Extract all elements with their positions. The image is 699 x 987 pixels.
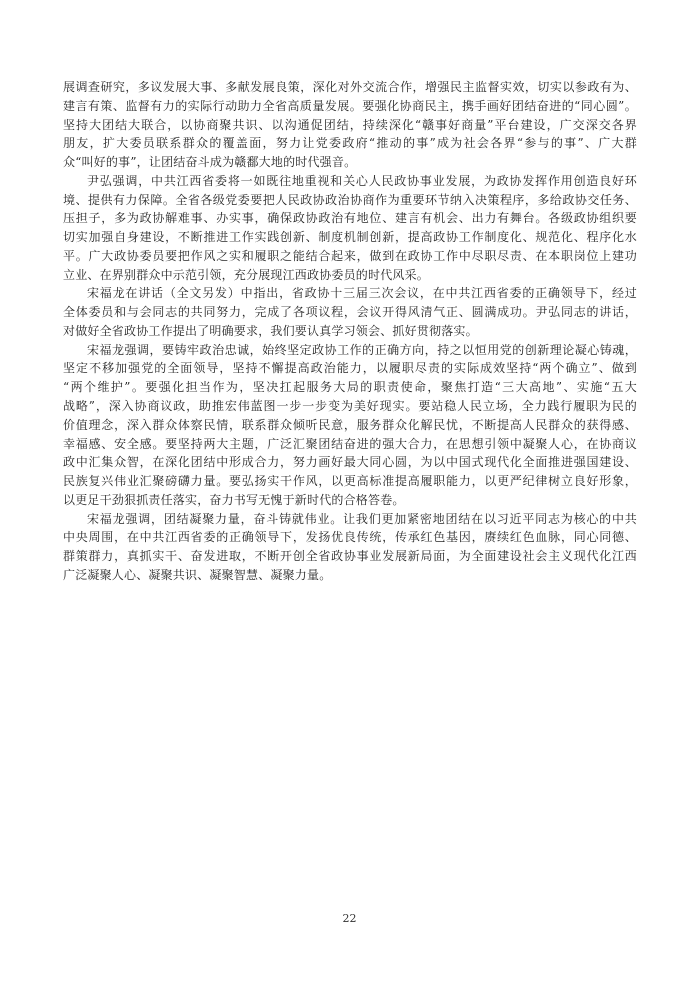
text-line: 宋福龙强调，团结凝聚力量，奋斗铸就伟业。让我们更加紧密地团结在以习近平同志为核心… (63, 510, 637, 529)
paragraph: 宋福龙强调，团结凝聚力量，奋斗铸就伟业。让我们更加紧密地团结在以习近平同志为核心… (63, 510, 637, 585)
text-line: 全体委员和与会同志的共同努力，完成了各项议程，会议开得风清气正、圆满成功。尹弘同… (63, 303, 637, 322)
text-line: 建言有策、监督有力的实际行动助力全省高质量发展。要强化协商民主，携手画好团结奋进… (63, 97, 637, 116)
paragraph: 展调查研究，多议发展大事、多献发展良策，深化对外交流合作，增强民主监督实效，切实… (63, 78, 637, 172)
text-line: 广泛凝聚人心、凝聚共识、凝聚智慧、凝聚力量。 (63, 566, 637, 585)
text-line: 坚持大团结大联合，以协商聚共识、以沟通促团结，持续深化“赣事好商量”平台建设，广… (63, 116, 637, 135)
text-line: 压担子，多为政协解难事、办实事，确保政协政治有地位、建言有机会、出力有舞台。各级… (63, 209, 637, 228)
text-line: 朋友，扩大委员联系群众的覆盖面，努力让党委政府“推动的事”成为社会各界“参与的事… (63, 134, 637, 153)
text-line: 对做好全省政协工作提出了明确要求，我们要认真学习领会、抓好贯彻落实。 (63, 322, 637, 341)
text-line: 幸福感、安全感。要坚持两大主题，广泛汇聚团结奋进的强大合力，在思想引领中凝聚人心… (63, 435, 637, 454)
document-page: 展调查研究，多议发展大事、多献发展良策，深化对外交流合作，增强民主监督实效，切实… (0, 0, 699, 987)
text-line: 以更足干劲狠抓责任落实，奋力书写无愧于新时代的合格答卷。 (63, 491, 637, 510)
text-line: 中央周围，在中共江西省委的正确领导下，发扬优良传统，传承红色基因，赓续红色血脉，… (63, 528, 637, 547)
text-line: 坚定不移加强党的全面领导，坚持不懈提高政治能力，以履职尽责的实际成效坚持“两个确… (63, 359, 637, 378)
text-line: 切实加强自身建设，不断推进工作实践创新、制度机制创新，提高政协工作制度化、规范化… (63, 228, 637, 247)
paragraph: 宋福龙在讲话（全文另发）中指出，省政协十三届三次会议，在中共江西省委的正确领导下… (63, 284, 637, 340)
text-line: “两个维护”。要强化担当作为，坚决扛起服务大局的职责使命，聚焦打造“三大高地”、… (63, 378, 637, 397)
text-line: 众“叫好的事”，让团结奋斗成为赣鄱大地的时代强音。 (63, 153, 637, 172)
text-line: 宋福龙在讲话（全文另发）中指出，省政协十三届三次会议，在中共江西省委的正确领导下… (63, 284, 637, 303)
text-line: 政中汇集众智，在深化团结中形成合力，努力画好最大同心圆，为以中国式现代化全面推进… (63, 453, 637, 472)
paragraph: 宋福龙强调，要铸牢政治忠诚，始终坚定政协工作的正确方向，持之以恒用党的创新理论凝… (63, 341, 637, 510)
text-line: 平。广大政协委员要把作风之实和履职之能结合起来，做到在政协工作中尽职尽责、在本职… (63, 247, 637, 266)
text-line: 战略”，深入协商议政，助推宏伟蓝图一步一步变为美好现实。要站稳人民立场，全力践行… (63, 397, 637, 416)
text-line: 立业、在界别群众中示范引领，充分展现江西政协委员的时代风采。 (63, 266, 637, 285)
document-body: 展调查研究，多议发展大事、多献发展良策，深化对外交流合作，增强民主监督实效，切实… (63, 78, 637, 585)
text-line: 尹弘强调，中共江西省委将一如既往地重视和关心人民政协事业发展，为政协发挥作用创造… (63, 172, 637, 191)
paragraph: 尹弘强调，中共江西省委将一如既往地重视和关心人民政协事业发展，为政协发挥作用创造… (63, 172, 637, 285)
text-line: 民族复兴伟业汇聚磅礴力量。要弘扬实干作风，以更高标准提高履职能力，以更严纪律树立… (63, 472, 637, 491)
text-line: 价值理念，深入群众体察民情，联系群众倾听民意，服务群众化解民忧，不断提高人民群众… (63, 416, 637, 435)
page-number: 22 (0, 912, 699, 925)
text-line: 展调查研究，多议发展大事、多献发展良策，深化对外交流合作，增强民主监督实效，切实… (63, 78, 637, 97)
text-line: 群策群力，真抓实干、奋发进取，不断开创全省政协事业发展新局面，为全面建设社会主义… (63, 547, 637, 566)
text-line: 境、提供有力保障。全省各级党委要把人民政协政治协商作为重要环节纳入决策程序，多给… (63, 191, 637, 210)
text-line: 宋福龙强调，要铸牢政治忠诚，始终坚定政协工作的正确方向，持之以恒用党的创新理论凝… (63, 341, 637, 360)
